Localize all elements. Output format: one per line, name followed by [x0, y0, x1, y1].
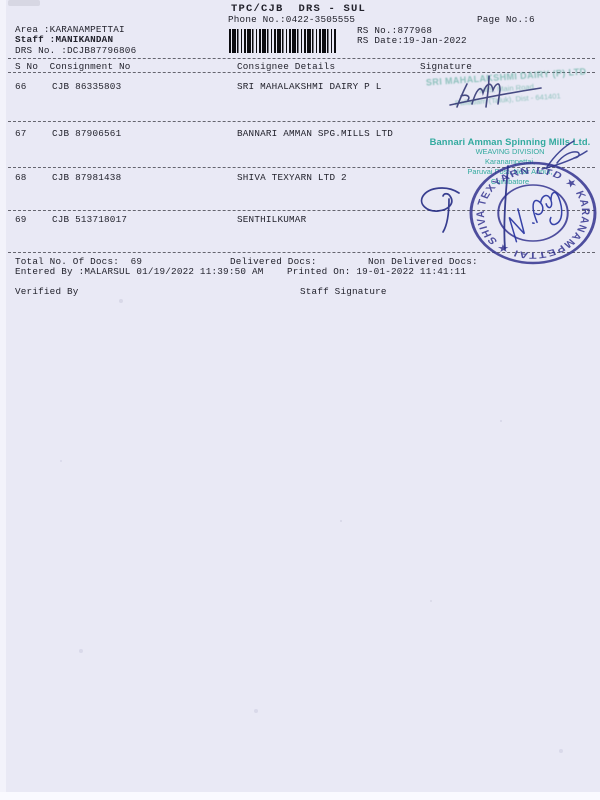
scan-smudge: [8, 0, 40, 6]
separator-line: [8, 58, 595, 59]
row-consignment: CJB 87906561: [52, 129, 121, 140]
row-consignee: BANNARI AMMAN SPG.MILLS LTD: [237, 129, 393, 140]
row-sno: 67: [15, 129, 27, 140]
ink-overlay: SHIVA TEXYARN LTD ★ KARANAMPETTAI ★: [0, 0, 600, 800]
printed-on: Printed On: 19-01-2022 11:41:11: [287, 267, 466, 278]
bannari-amman-stamp: Bannari Amman Spinning Mills Ltd. WEAVIN…: [420, 136, 600, 187]
separator-line: [8, 252, 595, 253]
separator-line: [8, 121, 595, 122]
row-sno: 68: [15, 173, 27, 184]
rs-date: RS Date:19-Jan-2022: [357, 36, 467, 47]
row-consignment: CJB 513718017: [52, 215, 127, 226]
row-consignment: CJB 86335803: [52, 82, 121, 93]
scan-edge-bottom: [0, 792, 600, 800]
scanned-drs-document: TPC/CJB DRS - SUL Phone No.:0422-3505555…: [0, 0, 600, 800]
row-consignee: SRI MAHALAKSHMI DAIRY P L: [237, 82, 381, 93]
separator-line: [8, 210, 595, 211]
entered-by: Entered By :MALARSUL 01/19/2022 11:39:50…: [15, 267, 264, 278]
row-sno: 66: [15, 82, 27, 93]
row-consignee: SHIVA TEXYARN LTD 2: [237, 173, 347, 184]
drs-number: DRS No. :DCJB87796806: [15, 46, 136, 57]
scan-edge-left: [0, 0, 6, 800]
row-sno: 69: [15, 215, 27, 226]
stamp-inner-signature: [502, 186, 571, 249]
barcode: [229, 29, 336, 53]
page-number: Page No.:6: [477, 15, 535, 26]
verified-by: Verified By: [15, 287, 79, 298]
phone-number: Phone No.:0422-3505555: [228, 15, 355, 26]
separator-line: [8, 167, 595, 168]
row-consignment: CJB 87981438: [52, 173, 121, 184]
row-consignee: SENTHILKUMAR: [237, 215, 306, 226]
staff-signature-label: Staff Signature: [300, 287, 387, 298]
